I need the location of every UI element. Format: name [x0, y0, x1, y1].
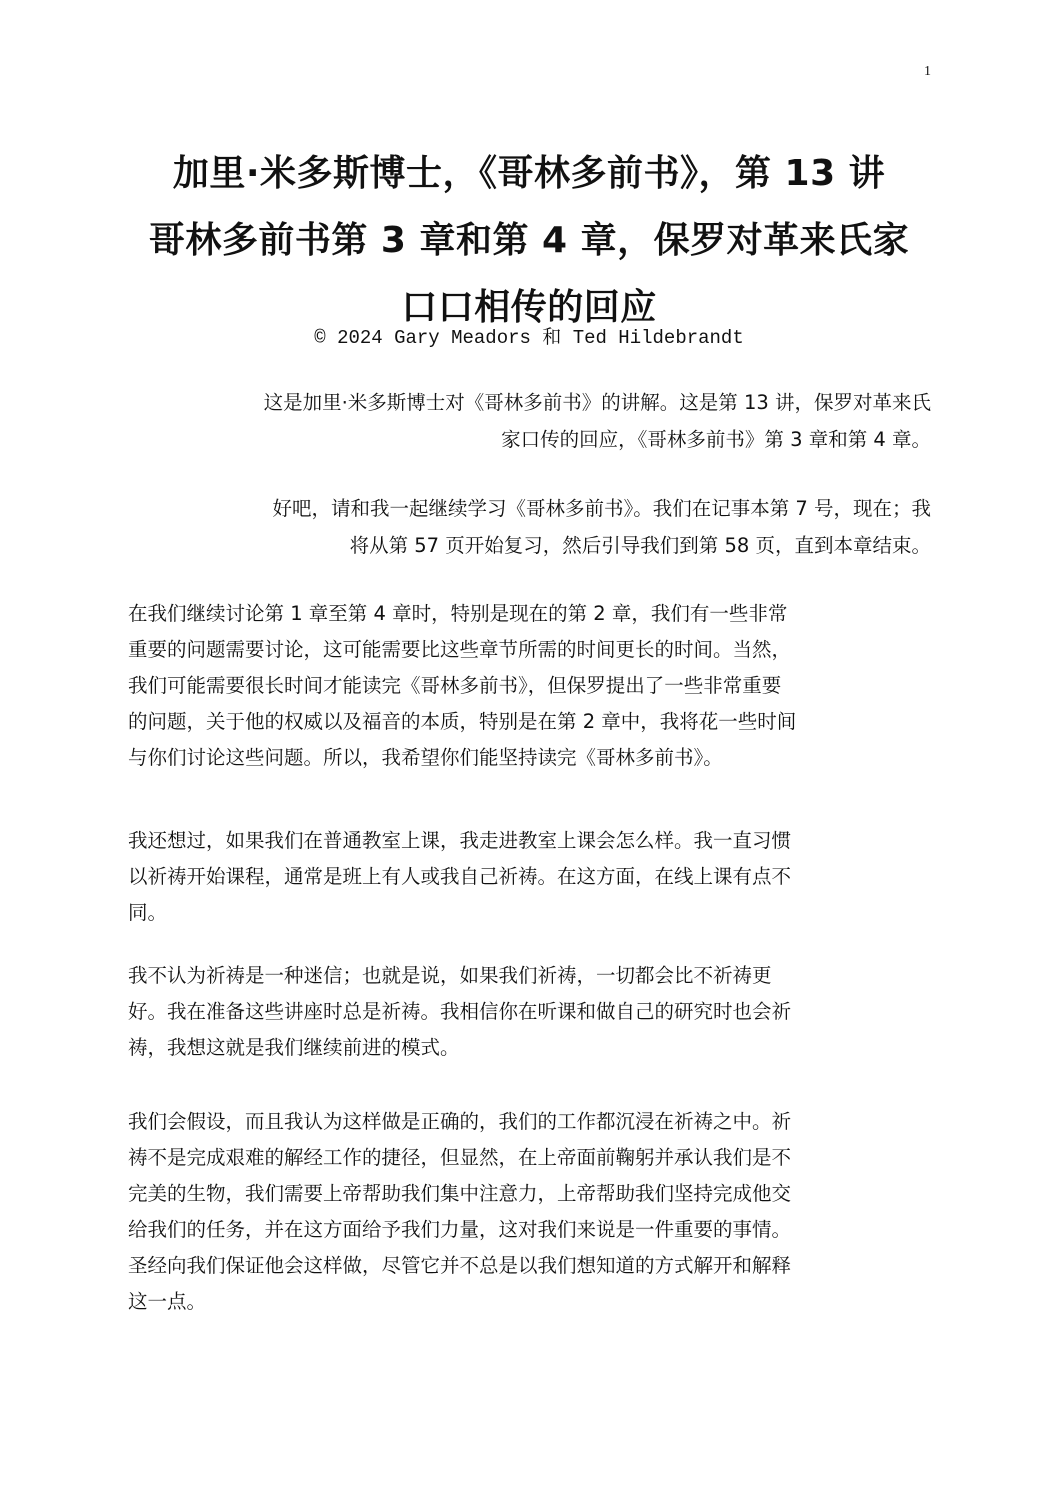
- paragraph-line: 好。我在准备这些讲座时总是祈祷。我相信你在听课和做自己的研究时也会祈: [128, 994, 931, 1030]
- paragraph-line: 在我们继续讨论第 1 章至第 4 章时，特别是现在的第 2 章，我们有一些非常: [128, 596, 931, 632]
- body-paragraph-4: 我们会假设，而且我认为这样做是正确的，我们的工作都沉浸在祈祷之中。祈 祷不是完成…: [128, 1104, 931, 1320]
- paragraph-line: 这一点。: [128, 1284, 931, 1320]
- paragraph-line: 我还想过，如果我们在普通教室上课，我走进教室上课会怎么样。我一直习惯: [128, 823, 931, 859]
- body-paragraph-2: 我还想过，如果我们在普通教室上课，我走进教室上课会怎么样。我一直习惯 以祈祷开始…: [128, 823, 931, 931]
- body-paragraph-1: 在我们继续讨论第 1 章至第 4 章时，特别是现在的第 2 章，我们有一些非常 …: [128, 596, 931, 776]
- abstract-line: 家口传的回应，《哥林多前书》第 3 章和第 4 章。: [128, 421, 931, 458]
- intro-paragraph: 好吧，请和我一起继续学习《哥林多前书》。我们在记事本第 7 号，现在；我 将从第…: [128, 490, 931, 564]
- paragraph-line: 同。: [128, 895, 931, 931]
- paragraph-line: 我们会假设，而且我认为这样做是正确的，我们的工作都沉浸在祈祷之中。祈: [128, 1104, 931, 1140]
- intro-line: 将从第 57 页开始复习，然后引导我们到第 58 页，直到本章结束。: [128, 527, 931, 564]
- paragraph-line: 重要的问题需要讨论，这可能需要比这些章节所需的时间更长的时间。当然，: [128, 632, 931, 668]
- abstract-paragraph: 这是加里·米多斯博士对《哥林多前书》的讲解。这是第 13 讲，保罗对革来氏 家口…: [128, 384, 931, 458]
- paragraph-line: 与你们讨论这些问题。所以，我希望你们能坚持读完《哥林多前书》。: [128, 740, 931, 776]
- abstract-line: 这是加里·米多斯博士对《哥林多前书》的讲解。这是第 13 讲，保罗对革来氏: [128, 384, 931, 421]
- paragraph-line: 祷不是完成艰难的解经工作的捷径，但显然，在上帝面前鞠躬并承认我们是不: [128, 1140, 931, 1176]
- paragraph-line: 完美的生物，我们需要上帝帮助我们集中注意力，上帝帮助我们坚持完成他交: [128, 1176, 931, 1212]
- intro-line: 好吧，请和我一起继续学习《哥林多前书》。我们在记事本第 7 号，现在；我: [128, 490, 931, 527]
- paragraph-line: 给我们的任务，并在这方面给予我们力量，这对我们来说是一件重要的事情。: [128, 1212, 931, 1248]
- title-line-2: 哥林多前书第 3 章和第 4 章，保罗对革来氏家: [100, 207, 958, 274]
- document-title: 加里·米多斯博士，《哥林多前书》，第 13 讲 哥林多前书第 3 章和第 4 章…: [100, 140, 958, 341]
- page-number: 1: [924, 64, 931, 80]
- paragraph-line: 以祈祷开始课程，通常是班上有人或我自己祈祷。在这方面，在线上课有点不: [128, 859, 931, 895]
- copyright-line: © 2024 Gary Meadors 和 Ted Hildebrandt: [100, 325, 958, 351]
- paragraph-line: 祷，我想这就是我们继续前进的模式。: [128, 1030, 931, 1066]
- paragraph-line: 我不认为祈祷是一种迷信；也就是说，如果我们祈祷，一切都会比不祈祷更: [128, 958, 931, 994]
- paragraph-line: 圣经向我们保证他会这样做，尽管它并不总是以我们想知道的方式解开和解释: [128, 1248, 931, 1284]
- body-paragraph-3: 我不认为祈祷是一种迷信；也就是说，如果我们祈祷，一切都会比不祈祷更 好。我在准备…: [128, 958, 931, 1066]
- paragraph-line: 我们可能需要很长时间才能读完《哥林多前书》，但保罗提出了一些非常重要: [128, 668, 931, 704]
- paragraph-line: 的问题，关于他的权威以及福音的本质，特别是在第 2 章中，我将花一些时间: [128, 704, 931, 740]
- title-line-1: 加里·米多斯博士，《哥林多前书》，第 13 讲: [100, 140, 958, 207]
